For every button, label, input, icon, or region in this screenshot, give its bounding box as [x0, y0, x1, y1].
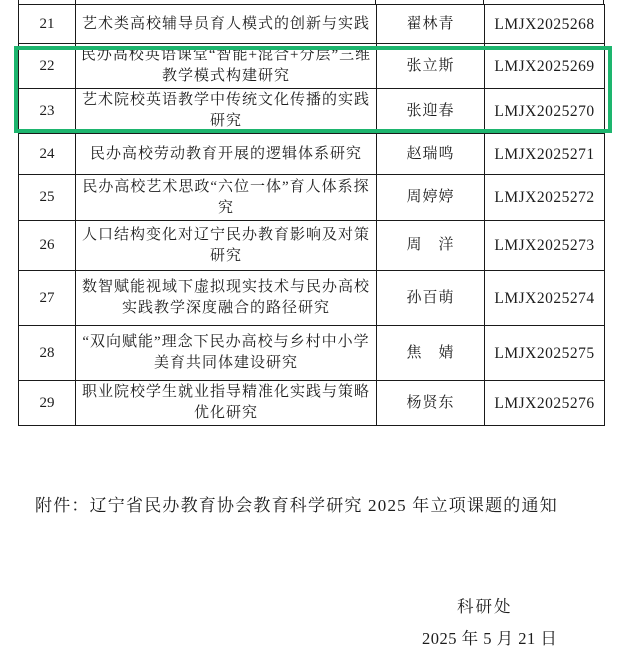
project-code: LMJX2025268	[485, 5, 605, 44]
project-code: LMJX2025271	[485, 134, 605, 175]
project-leader: 赵瑞鸣	[377, 134, 485, 175]
project-leader: 孙百萌	[377, 271, 485, 326]
project-leader: 张立斯	[377, 44, 485, 89]
document-date: 2025 年 5 月 21 日	[422, 625, 557, 649]
project-title: 民办高校劳动教育开展的逻辑体系研究	[76, 134, 377, 175]
project-leader: 杨贤东	[377, 381, 485, 426]
project-title: 民办高校英语课堂“智能+混合+分层”三维教学模式构建研究	[76, 44, 377, 89]
project-code: LMJX2025274	[485, 271, 605, 326]
project-title: 职业院校学生就业指导精准化实践与策略优化研究	[76, 381, 377, 426]
project-title: 人口结构变化对辽宁民办教育影响及对策研究	[76, 221, 377, 271]
table-row-highlighted: 23 艺术院校英语教学中传统文化传播的实践研究 张迎春 LMJX2025270	[19, 89, 605, 134]
table-row: 27 数智赋能视域下虚拟现实技术与民办高校实践教学深度融合的路径研究 孙百萌 L…	[19, 271, 605, 326]
project-code: LMJX2025270	[485, 89, 605, 134]
project-code: LMJX2025272	[485, 175, 605, 221]
project-approval-table: 21 艺术类高校辅导员育人模式的创新与实践 翟林青 LMJX2025268 22…	[18, 4, 605, 426]
project-code: LMJX2025273	[485, 221, 605, 271]
row-number: 27	[19, 271, 76, 326]
project-leader: 周 洋	[377, 221, 485, 271]
row-number: 23	[19, 89, 76, 134]
project-title: 艺术类高校辅导员育人模式的创新与实践	[76, 5, 377, 44]
table-row-highlighted: 22 民办高校英语课堂“智能+混合+分层”三维教学模式构建研究 张立斯 LMJX…	[19, 44, 605, 89]
project-title: 民办高校艺术思政“六位一体”育人体系探究	[76, 175, 377, 221]
project-code: LMJX2025269	[485, 44, 605, 89]
row-number: 21	[19, 5, 76, 44]
project-title: “双向赋能”理念下民办高校与乡村中小学美育共同体建设研究	[76, 326, 377, 381]
project-title: 数智赋能视域下虚拟现实技术与民办高校实践教学深度融合的路径研究	[76, 271, 377, 326]
row-number: 25	[19, 175, 76, 221]
signature-department: 科研处	[457, 593, 513, 617]
project-leader: 周婷婷	[377, 175, 485, 221]
table-row: 29 职业院校学生就业指导精准化实践与策略优化研究 杨贤东 LMJX202527…	[19, 381, 605, 426]
row-number: 28	[19, 326, 76, 381]
row-number: 29	[19, 381, 76, 426]
attachment-note: 附件：辽宁省民办教育协会教育科学研究 2025 年立项课题的通知	[35, 491, 558, 516]
project-leader: 翟林青	[377, 5, 485, 44]
project-leader: 焦 婧	[377, 326, 485, 381]
row-number: 24	[19, 134, 76, 175]
table-row: 21 艺术类高校辅导员育人模式的创新与实践 翟林青 LMJX2025268	[19, 5, 605, 44]
project-title: 艺术院校英语教学中传统文化传播的实践研究	[76, 89, 377, 134]
row-number: 22	[19, 44, 76, 89]
project-code: LMJX2025276	[485, 381, 605, 426]
table-row: 26 人口结构变化对辽宁民办教育影响及对策研究 周 洋 LMJX2025273	[19, 221, 605, 271]
table-row: 24 民办高校劳动教育开展的逻辑体系研究 赵瑞鸣 LMJX2025271	[19, 134, 605, 175]
row-number: 26	[19, 221, 76, 271]
table-row: 25 民办高校艺术思政“六位一体”育人体系探究 周婷婷 LMJX2025272	[19, 175, 605, 221]
project-code: LMJX2025275	[485, 326, 605, 381]
table-row: 28 “双向赋能”理念下民办高校与乡村中小学美育共同体建设研究 焦 婧 LMJX…	[19, 326, 605, 381]
project-leader: 张迎春	[377, 89, 485, 134]
